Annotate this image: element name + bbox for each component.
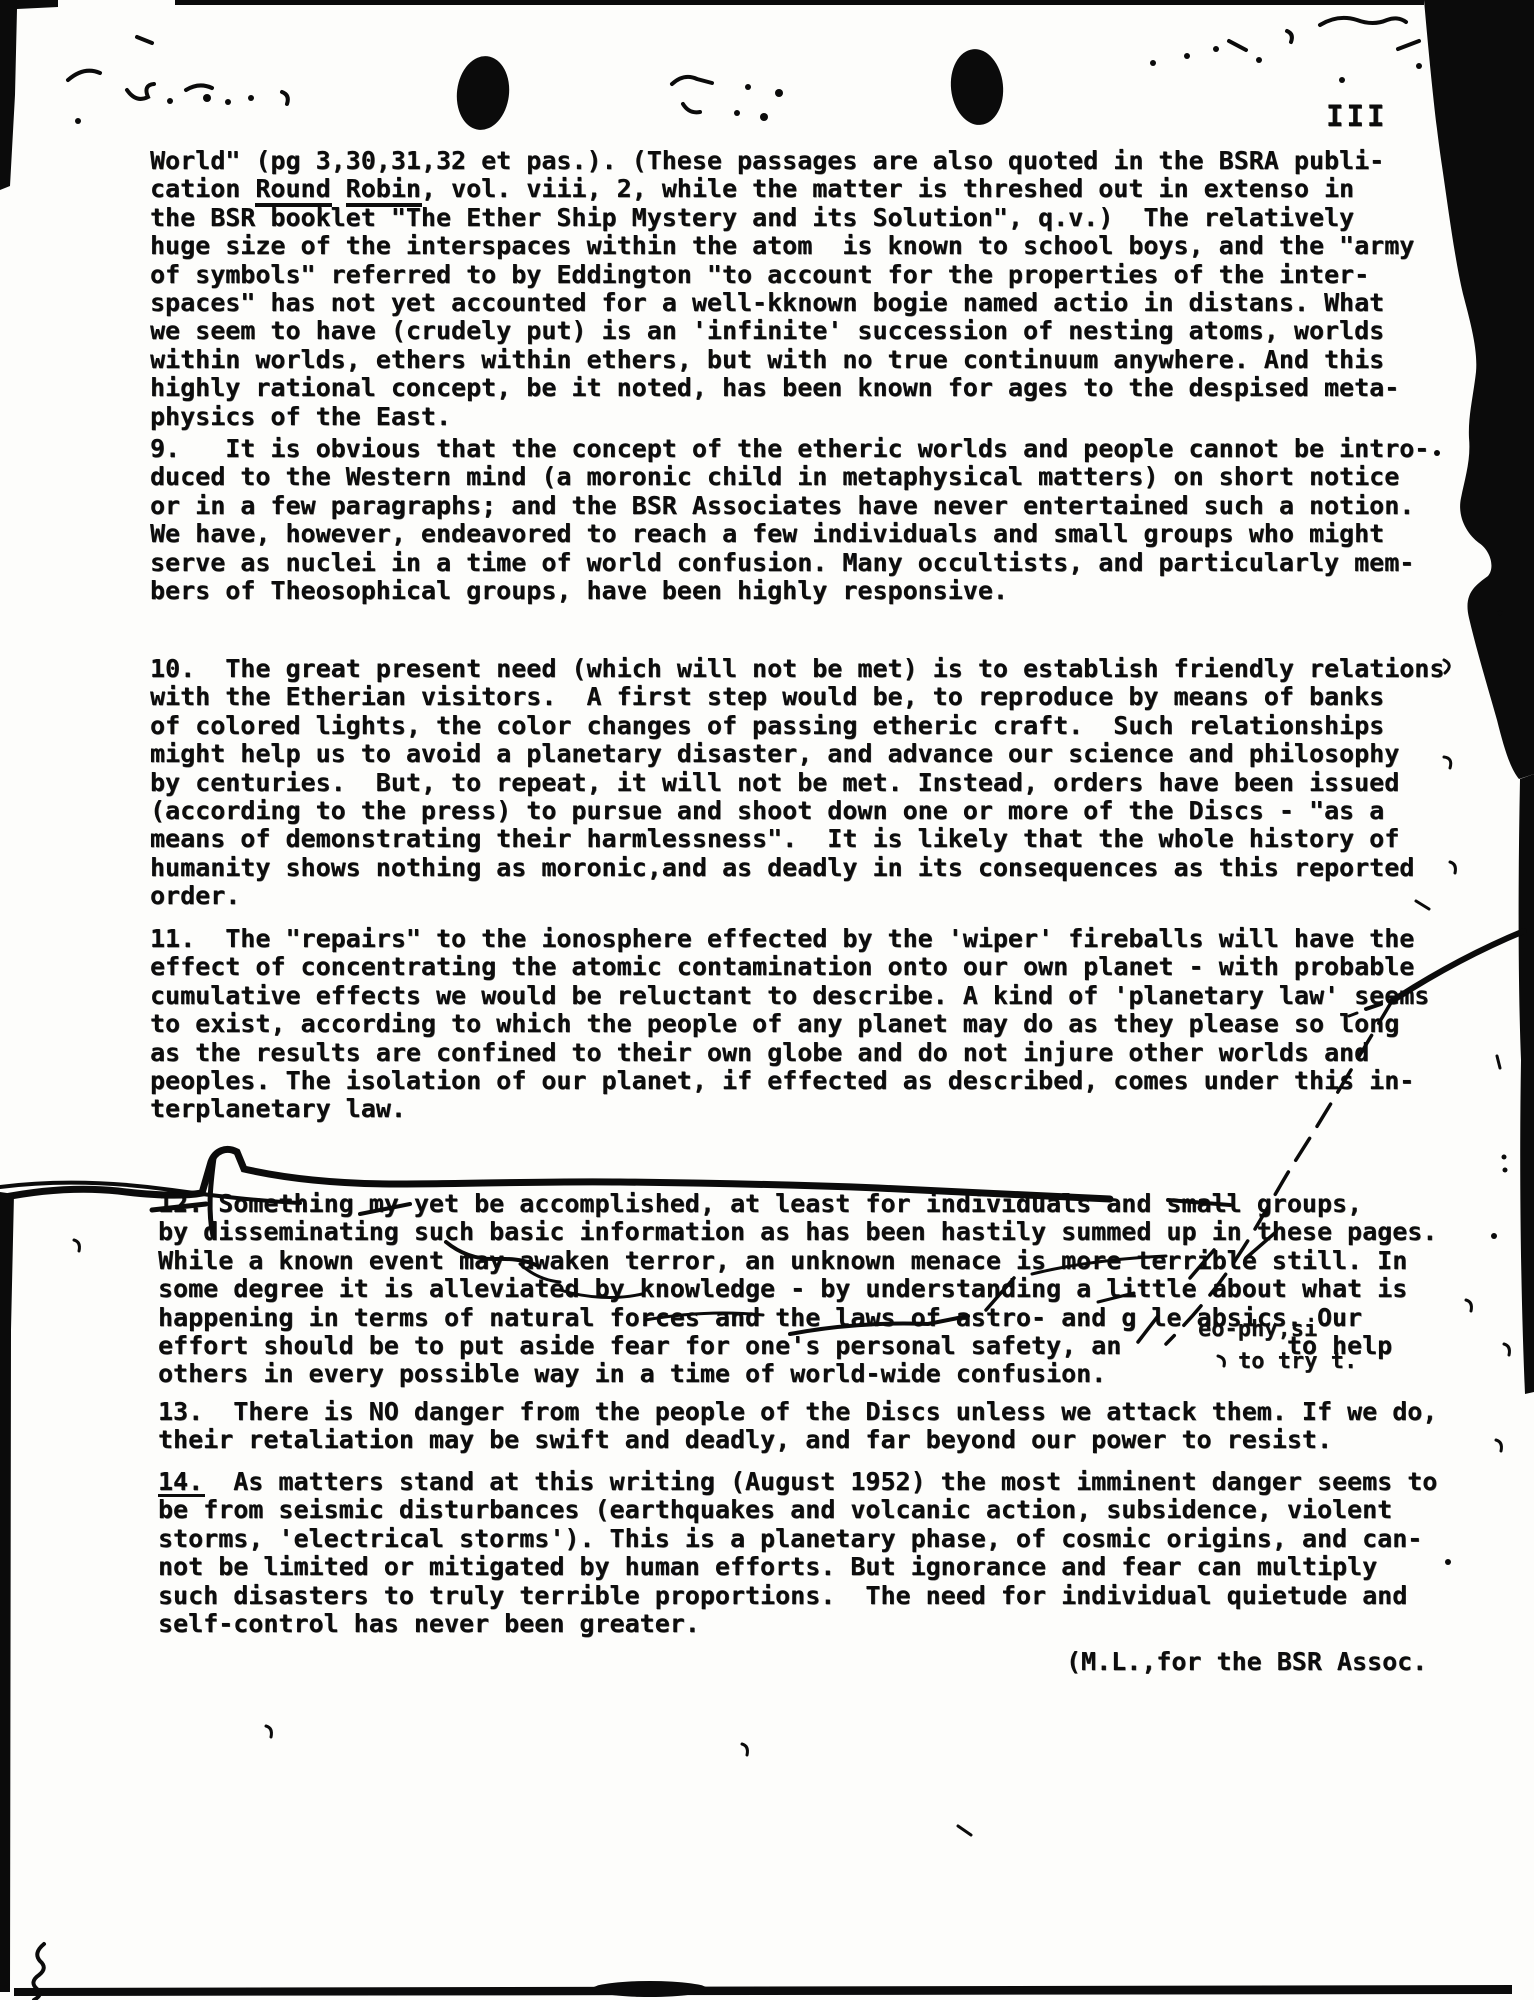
scan-squiggle-bottom-left: [33, 1944, 44, 2000]
scan-smudge-top-middle: [672, 77, 712, 112]
ink-blob-icon: [453, 53, 514, 133]
document-page: III World" (pg 3,30,31,32 et pas.). (The…: [0, 0, 1534, 2000]
paragraph-item-14: 14. As matters stand at this writing (Au…: [158, 1468, 1437, 1638]
displaced-text-fragment: to try t.: [1238, 1350, 1357, 1374]
scan-edge-left: [0, 1192, 14, 1992]
paragraph-item-10: 10. The great present need (which will n…: [150, 655, 1444, 911]
underline-14: [158, 1494, 205, 1497]
scan-edge-bottom-blob: [592, 1981, 708, 1997]
scan-smudge-top-right: [1229, 18, 1419, 50]
scan-edge-bottom: [14, 1985, 1512, 1996]
paragraph-continuation: World" (pg 3,30,31,32 et pas.). (These p…: [150, 147, 1414, 431]
underline-robin: [346, 203, 422, 207]
paragraph-item-9: 9. It is obvious that the concept of the…: [150, 435, 1429, 605]
scan-edge-top: [175, 0, 1424, 5]
underline-round: [255, 203, 332, 207]
paragraph-item-13: 13. There is NO danger from the people o…: [158, 1398, 1437, 1455]
displaced-text-fragment: eo-phy,si: [1198, 1318, 1317, 1342]
signature-line: (M.L.,for the BSR Assoc.: [1066, 1648, 1427, 1676]
paragraph-item-11: 11. The "repairs" to the ionosphere effe…: [150, 925, 1429, 1124]
scan-edge-right: [1519, 774, 1534, 1394]
scan-smudge-top-left: [68, 37, 288, 104]
page-number: III: [1326, 100, 1387, 132]
scan-edge-top-left: [0, 0, 58, 190]
ink-blob-icon: [947, 46, 1007, 127]
